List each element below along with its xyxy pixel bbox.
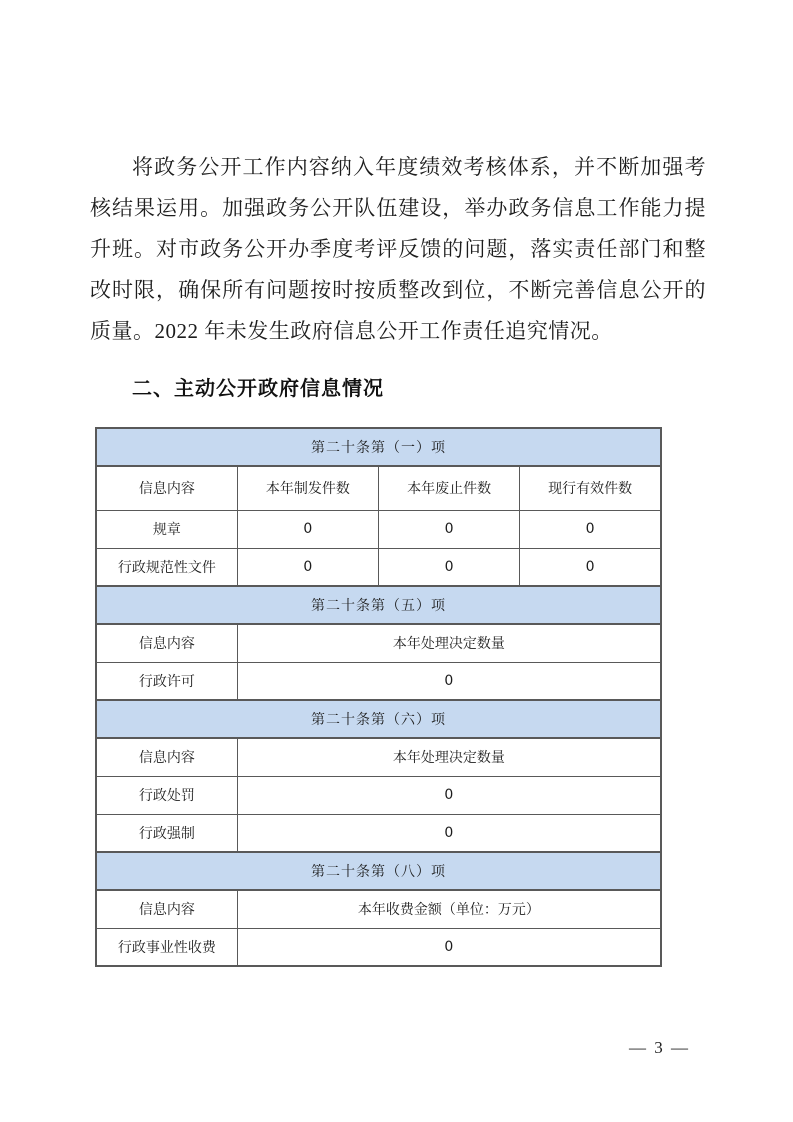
- table-row: 行政强制 0: [96, 814, 661, 852]
- value-cell: 0: [520, 510, 661, 548]
- column-header-row: 信息内容 本年处理决定数量: [96, 624, 661, 662]
- section-band-row: 第二十条第（八）项: [96, 852, 661, 890]
- section-band-label: 第二十条第（一）项: [96, 428, 661, 466]
- table-row: 行政事业性收费 0: [96, 928, 661, 966]
- value-cell: 0: [237, 662, 661, 700]
- column-header-cell: 本年制发件数: [237, 466, 378, 510]
- column-header-cell: 本年处理决定数量: [237, 738, 661, 776]
- column-header-cell: 本年废止件数: [379, 466, 520, 510]
- section-band-label: 第二十条第（八）项: [96, 852, 661, 890]
- column-header-cell: 信息内容: [96, 624, 237, 662]
- section-band-row: 第二十条第（五）项: [96, 586, 661, 624]
- column-header-cell: 本年处理决定数量: [237, 624, 661, 662]
- column-header-cell: 信息内容: [96, 466, 237, 510]
- column-header-cell: 现行有效件数: [520, 466, 661, 510]
- row-label-cell: 行政规范性文件: [96, 548, 237, 586]
- row-label-cell: 行政处罚: [96, 776, 237, 814]
- section-band-label: 第二十条第（六）项: [96, 700, 661, 738]
- column-header-row: 信息内容 本年收费金额（单位：万元）: [96, 890, 661, 928]
- value-cell: 0: [237, 928, 661, 966]
- paragraph-line: 改时限，确保所有问题按时按质整改到位，不断完善信息公开的: [90, 270, 706, 311]
- value-cell: 0: [237, 510, 378, 548]
- value-cell: 0: [237, 548, 378, 586]
- paragraph-line: 升班。对市政务公开办季度考评反馈的问题，落实责任部门和整: [90, 229, 706, 270]
- value-cell: 0: [237, 776, 661, 814]
- section-band-row: 第二十条第（六）项: [96, 700, 661, 738]
- row-label-cell: 规章: [96, 510, 237, 548]
- active-disclosure-table: 第二十条第（一）项 信息内容 本年制发件数 本年废止件数 现行有效件数 规章 0…: [95, 427, 662, 967]
- paragraph-line: 质量。2022 年未发生政府信息公开工作责任追究情况。: [90, 311, 706, 352]
- table-row: 行政处罚 0: [96, 776, 661, 814]
- page-number: — 3 —: [629, 1038, 690, 1058]
- value-cell: 0: [237, 814, 661, 852]
- section-heading: 二、主动公开政府信息情况: [132, 372, 384, 401]
- value-cell: 0: [520, 548, 661, 586]
- section-band-label: 第二十条第（五）项: [96, 586, 661, 624]
- column-header-row: 信息内容 本年处理决定数量: [96, 738, 661, 776]
- document-page: 将政务公开工作内容纳入年度绩效考核体系，并不断加强考 核结果运用。加强政务公开队…: [0, 0, 793, 1122]
- value-cell: 0: [379, 548, 520, 586]
- body-paragraph: 将政务公开工作内容纳入年度绩效考核体系，并不断加强考 核结果运用。加强政务公开队…: [90, 147, 706, 352]
- table-row: 行政许可 0: [96, 662, 661, 700]
- paragraph-line: 核结果运用。加强政务公开队伍建设，举办政务信息工作能力提: [90, 188, 706, 229]
- paragraph-line: 将政务公开工作内容纳入年度绩效考核体系，并不断加强考: [90, 147, 706, 188]
- value-cell: 0: [379, 510, 520, 548]
- table-row: 行政规范性文件 0 0 0: [96, 548, 661, 586]
- row-label-cell: 行政事业性收费: [96, 928, 237, 966]
- column-header-row: 信息内容 本年制发件数 本年废止件数 现行有效件数: [96, 466, 661, 510]
- row-label-cell: 行政许可: [96, 662, 237, 700]
- column-header-cell: 本年收费金额（单位：万元）: [237, 890, 661, 928]
- row-label-cell: 行政强制: [96, 814, 237, 852]
- column-header-cell: 信息内容: [96, 738, 237, 776]
- section-band-row: 第二十条第（一）项: [96, 428, 661, 466]
- column-header-cell: 信息内容: [96, 890, 237, 928]
- table-row: 规章 0 0 0: [96, 510, 661, 548]
